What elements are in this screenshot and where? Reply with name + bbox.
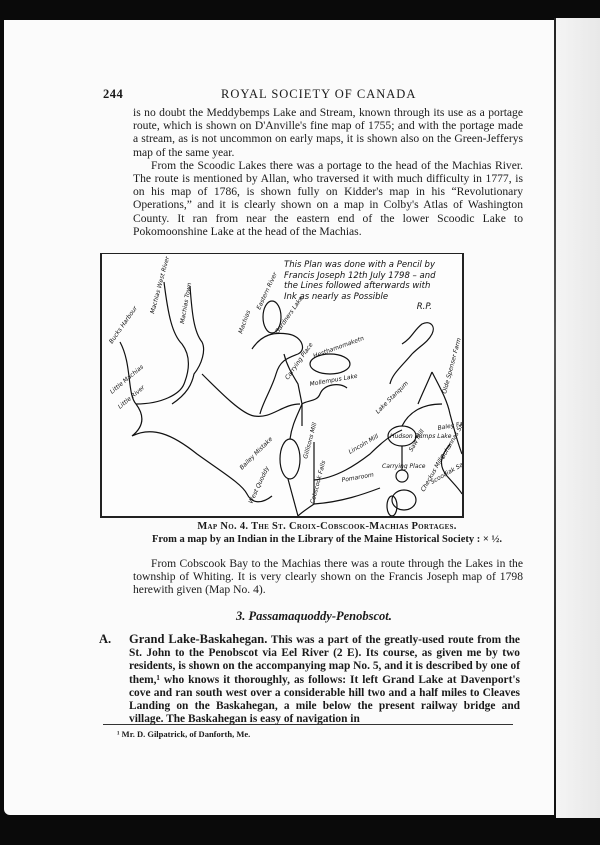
section-heading: 3. Passamaquoddy-Penobscot. bbox=[236, 609, 392, 624]
facing-page-edge bbox=[556, 18, 600, 818]
svg-text:Eastern River: Eastern River bbox=[255, 271, 279, 311]
body-text-middle: From Cobscook Bay to the Machias there w… bbox=[133, 557, 523, 597]
footnote-divider bbox=[103, 724, 513, 725]
svg-text:Saw Mill: Saw Mill bbox=[408, 428, 426, 453]
svg-text:Bucks Harbour: Bucks Harbour bbox=[108, 305, 139, 346]
svg-text:Carrying Place: Carrying Place bbox=[382, 463, 426, 470]
map-note-line: Francis Joseph 12th July 1798 – and bbox=[284, 271, 436, 281]
entry-topic: Grand Lake-Baskahegan. bbox=[129, 632, 267, 646]
map-figure: Machias West River Machias Town Bucks Ha… bbox=[100, 253, 464, 518]
map-note-line: the Lines followed afterwards with bbox=[284, 281, 430, 291]
svg-text:Mollempus Lake: Mollempus Lake bbox=[309, 373, 358, 388]
paragraph: From the Scoodic Lakes there was a porta… bbox=[133, 159, 523, 238]
footnote: ¹ Mr. D. Gilpatrick, of Danforth, Me. bbox=[117, 729, 250, 739]
map-note-line: This Plan was done with a Pencil by bbox=[284, 260, 435, 270]
body-text-top: is no doubt the Meddybemps Lake and Stre… bbox=[133, 106, 523, 238]
svg-text:Olde Spenser Farm: Olde Spenser Farm bbox=[441, 337, 462, 395]
route-entry: A. Grand Lake-Baskahegan. This was a par… bbox=[100, 633, 520, 726]
svg-text:Gillisons Mill: Gillisons Mill bbox=[302, 422, 318, 460]
map-signature: R.P. bbox=[284, 302, 454, 313]
svg-text:Machias: Machias bbox=[237, 309, 252, 334]
svg-text:Lincoln Mill: Lincoln Mill bbox=[348, 433, 381, 456]
map-annotation: This Plan was done with a Pencil by Fran… bbox=[284, 260, 454, 313]
running-title: ROYAL SOCIETY OF CANADA bbox=[221, 87, 416, 102]
figure-caption-title: Map No. 4. The St. Croix-Cobscook-Machia… bbox=[112, 521, 542, 532]
paragraph: is no doubt the Meddybemps Lake and Stre… bbox=[133, 106, 523, 159]
svg-text:Hesthamomaketn: Hesthamomaketn bbox=[312, 335, 365, 360]
page-number: 244 bbox=[103, 87, 123, 102]
svg-text:Cobscook Falls: Cobscook Falls bbox=[309, 460, 327, 505]
paragraph: From Cobscook Bay to the Machias there w… bbox=[133, 557, 523, 597]
svg-text:Pomaroom: Pomaroom bbox=[341, 471, 374, 484]
svg-text:Lake Stanqum: Lake Stanqum bbox=[374, 380, 410, 416]
svg-text:Bailey Mistake: Bailey Mistake bbox=[238, 436, 274, 472]
entry-letter: A. bbox=[99, 633, 111, 646]
map-note-line: Ink as nearly as Possible bbox=[284, 292, 388, 302]
entry-text: This was a part of the greatly-used rout… bbox=[129, 634, 520, 725]
figure-caption-source: From a map by an Indian in the Library o… bbox=[112, 534, 542, 545]
